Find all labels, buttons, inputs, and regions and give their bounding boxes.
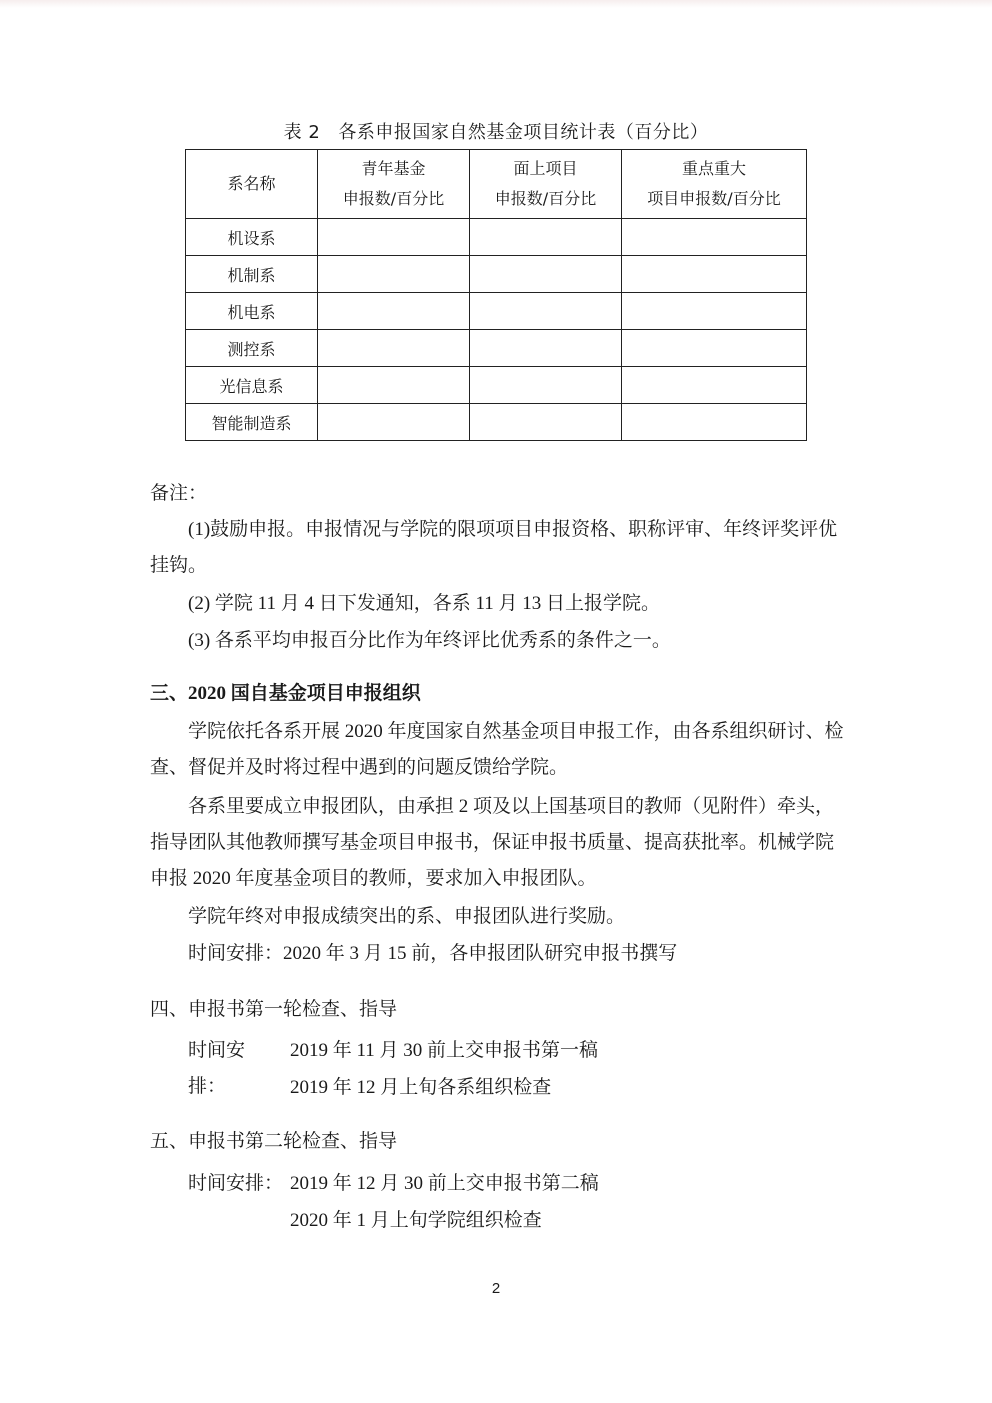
table-row: 机电系 bbox=[186, 293, 807, 330]
table-caption-title: 各系申报国家自然基金项目统计表（百分比） bbox=[338, 122, 708, 143]
notes-title: 备注： bbox=[150, 476, 850, 512]
dept-name: 机设系 bbox=[186, 219, 318, 256]
table-row: 光信息系 bbox=[186, 367, 807, 404]
header-youth-fund: 青年基金申报数/百分比 bbox=[318, 150, 470, 219]
dept-name: 机电系 bbox=[186, 293, 318, 330]
key-cell bbox=[622, 330, 807, 367]
dept-name: 智能制造系 bbox=[186, 404, 318, 441]
general-cell bbox=[470, 219, 622, 256]
dept-name: 光信息系 bbox=[186, 367, 318, 404]
section4-schedule-1: 2019 年 11 月 30 前上交申报书第一稿 bbox=[290, 1033, 990, 1069]
statistics-table: 系名称 青年基金申报数/百分比 面上项目申报数/百分比 重点重大项目申报数/百分… bbox=[185, 149, 807, 441]
general-cell bbox=[470, 404, 622, 441]
page-number: 2 bbox=[0, 1280, 992, 1297]
general-cell bbox=[470, 330, 622, 367]
table-caption-number: 表 2 bbox=[284, 122, 321, 143]
section3-paragraph-2: 各系里要成立申报团队，由承担 2 项及以上国基项目的教师（见附件）牵头，指导团队… bbox=[150, 789, 850, 897]
key-cell bbox=[622, 404, 807, 441]
dept-name: 测控系 bbox=[186, 330, 318, 367]
header-key-major: 重点重大项目申报数/百分比 bbox=[622, 150, 807, 219]
youth-cell bbox=[318, 219, 470, 256]
section4-schedule-label: 时间安排： bbox=[188, 1033, 248, 1105]
youth-cell bbox=[318, 367, 470, 404]
general-cell bbox=[470, 256, 622, 293]
key-cell bbox=[622, 256, 807, 293]
section5-schedule-1: 2019 年 12 月 30 前上交申报书第二稿 bbox=[290, 1166, 990, 1202]
header-general-project: 面上项目申报数/百分比 bbox=[470, 150, 622, 219]
key-cell bbox=[622, 293, 807, 330]
table-row: 机制系 bbox=[186, 256, 807, 293]
key-cell bbox=[622, 367, 807, 404]
table-row: 机设系 bbox=[186, 219, 807, 256]
general-cell bbox=[470, 367, 622, 404]
scan-edge bbox=[0, 0, 992, 8]
section3-schedule: 时间安排：2020 年 3 月 15 前，各申报团队研究申报书撰写 bbox=[150, 936, 850, 972]
table-header-row: 系名称 青年基金申报数/百分比 面上项目申报数/百分比 重点重大项目申报数/百分… bbox=[186, 150, 807, 219]
note-item-1: (1)鼓励申报。申报情况与学院的限项项目申报资格、职称评审、年终评奖评优挂钩。 bbox=[150, 512, 850, 584]
section5-schedule-label: 时间安排： bbox=[188, 1166, 288, 1202]
section4-heading: 四、申报书第一轮检查、指导 bbox=[150, 992, 850, 1028]
section3-heading: 三、2020 国自基金项目申报组织 bbox=[150, 676, 850, 712]
dept-name: 机制系 bbox=[186, 256, 318, 293]
section4-schedule-2: 2019 年 12 月上旬各系组织检查 bbox=[290, 1070, 990, 1106]
header-dept-name: 系名称 bbox=[186, 150, 318, 219]
youth-cell bbox=[318, 256, 470, 293]
youth-cell bbox=[318, 293, 470, 330]
table-row: 测控系 bbox=[186, 330, 807, 367]
section3-paragraph-3: 学院年终对申报成绩突出的系、申报团队进行奖励。 bbox=[150, 899, 850, 935]
general-cell bbox=[470, 293, 622, 330]
note-item-3: (3) 各系平均申报百分比作为年终评比优秀系的条件之一。 bbox=[150, 623, 850, 659]
note-item-2: (2) 学院 11 月 4 日下发通知，各系 11 月 13 日上报学院。 bbox=[150, 586, 850, 622]
youth-cell bbox=[318, 404, 470, 441]
key-cell bbox=[622, 219, 807, 256]
section3-paragraph-1: 学院依托各系开展 2020 年度国家自然基金项目申报工作，由各系组织研讨、检查、… bbox=[150, 714, 850, 786]
table-caption: 表 2各系申报国家自然基金项目统计表（百分比） bbox=[0, 118, 992, 144]
section5-schedule-2: 2020 年 1 月上旬学院组织检查 bbox=[290, 1203, 990, 1239]
table-row: 智能制造系 bbox=[186, 404, 807, 441]
section5-heading: 五、申报书第二轮检查、指导 bbox=[150, 1124, 850, 1160]
youth-cell bbox=[318, 330, 470, 367]
